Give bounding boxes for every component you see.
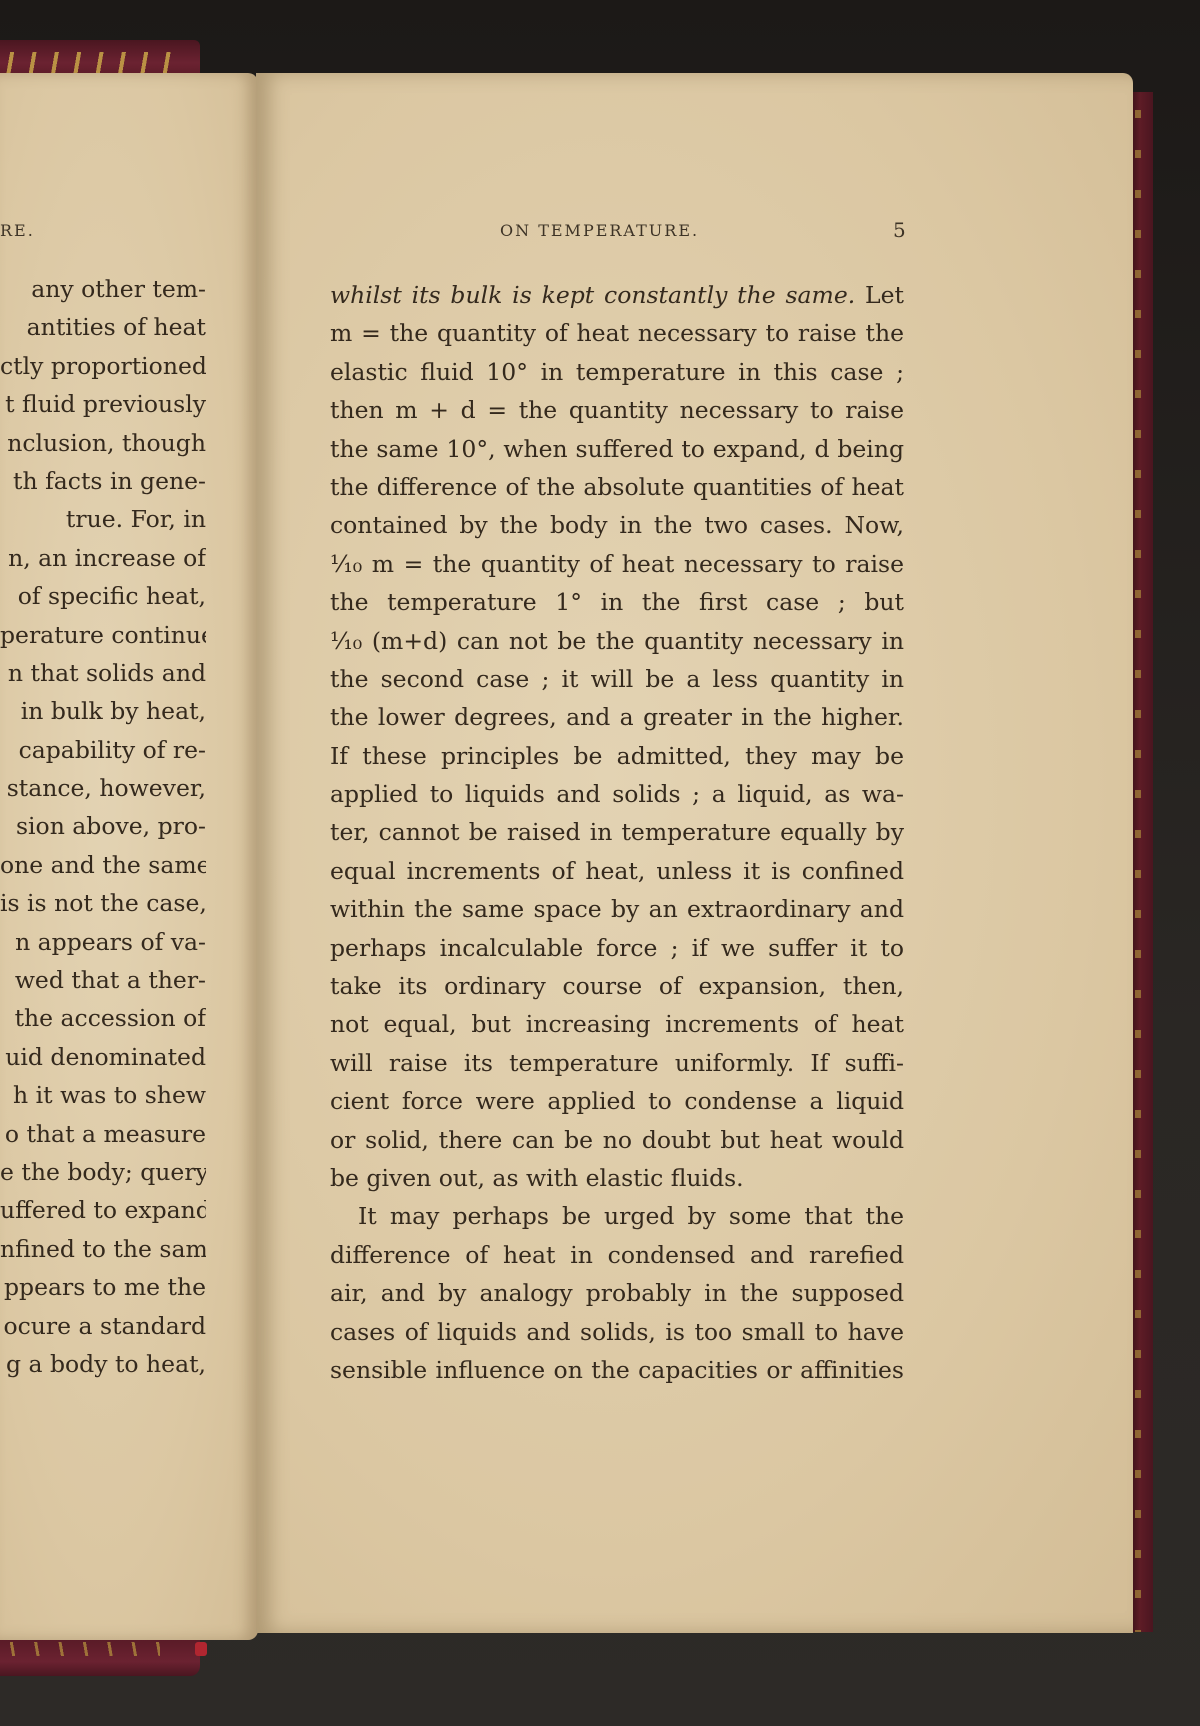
text-line: ppears to me the	[0, 1268, 206, 1306]
text-line: g a body to heat,	[0, 1345, 206, 1383]
text-line: ¹⁄₁₀ m = the quantity of heat necessary …	[330, 545, 904, 583]
text-line: ocure a standard	[0, 1307, 206, 1345]
text-line: applied to liquids and solids ; a liquid…	[330, 775, 904, 813]
text-line: sensible influence on the capacities or …	[330, 1351, 904, 1389]
text-line: n, an increase of	[0, 539, 206, 577]
text-line: uid denominated	[0, 1038, 206, 1076]
gilt-ornament-bottom-icon	[0, 1642, 160, 1656]
text-line: n appears of va-	[0, 923, 206, 961]
text-line: the temperature 1° in the first case ; b…	[330, 583, 904, 621]
text-line: elastic fluid 10° in temperature in this…	[330, 353, 904, 391]
text-line: cases of liquids and solids, is too smal…	[330, 1313, 904, 1351]
text-line: equal increments of heat, unless it is c…	[330, 852, 904, 890]
ribbon-marker	[195, 1642, 207, 1656]
text-line: sion above, pro-	[0, 807, 206, 845]
text-line: h it was to shew	[0, 1076, 206, 1114]
text-line: n that solids and	[0, 654, 206, 692]
text-line: wed that a ther-	[0, 961, 206, 999]
text-line: air, and by analogy probably in the supp…	[330, 1274, 904, 1312]
text-line: It may perhaps be urged by some that the	[330, 1197, 904, 1235]
text-line: t fluid previously	[0, 385, 206, 423]
text-line: be given out, as with elastic fluids.	[330, 1159, 904, 1197]
text-line: perhaps incalculable force ; if we suffe…	[330, 929, 904, 967]
text-line: then m + d = the quantity necessary to r…	[330, 391, 904, 429]
gilt-ornament-icon	[0, 52, 175, 74]
text-line: m = the quantity of heat necessary to ra…	[330, 314, 904, 352]
left-running-head: RE.	[0, 221, 35, 240]
text-line: o that a measure	[0, 1115, 206, 1153]
text-line: th facts in gene-	[0, 462, 206, 500]
text-line: ctly proportioned	[0, 347, 206, 385]
text-line: the accession of	[0, 999, 206, 1037]
text-line: capability of re-	[0, 731, 206, 769]
text-line: nclusion, though	[0, 424, 206, 462]
text-line: true. For, in	[0, 500, 206, 538]
left-page-text: any other tem- antities of heat ctly pro…	[0, 270, 206, 1383]
text-line: whilst its bulk is kept constantly the s…	[330, 276, 904, 314]
text-line: perature continue	[0, 616, 206, 654]
text-line: within the same space by an extraordinar…	[330, 890, 904, 928]
text-line: will raise its temperature uniformly. If…	[330, 1044, 904, 1082]
text-line: If these principles be admitted, they ma…	[330, 737, 904, 775]
text-line: the same 10°, when suffered to expand, d…	[330, 430, 904, 468]
text-line: ter, cannot be raised in temperature equ…	[330, 813, 904, 851]
text-line: in bulk by heat,	[0, 692, 206, 730]
text-line: one and the same	[0, 846, 206, 884]
running-head: ON TEMPERATURE.	[500, 221, 699, 240]
italic-phrase: whilst its bulk is kept constantly the s…	[330, 281, 855, 309]
text-line: stance, however,	[0, 769, 206, 807]
text-line: ¹⁄₁₀ (m+d) can not be the quantity neces…	[330, 622, 904, 660]
text-line: the second case ; it will be a less quan…	[330, 660, 904, 698]
text-line: nfined to the same	[0, 1230, 206, 1268]
text-line: uffered to expand	[0, 1191, 206, 1229]
text-line: take its ordinary course of expansion, t…	[330, 967, 904, 1005]
text-line: difference of heat in condensed and rare…	[330, 1236, 904, 1274]
text-line: of specific heat,	[0, 577, 206, 615]
text-line: e the body; query,	[0, 1153, 206, 1191]
text-line: contained by the body in the two cases. …	[330, 506, 904, 544]
text-line: not equal, but increasing increments of …	[330, 1005, 904, 1043]
text-line: or solid, there can be no doubt but heat…	[330, 1121, 904, 1159]
text-line: any other tem-	[0, 270, 206, 308]
text-line: antities of heat	[0, 308, 206, 346]
text-line: the difference of the absolute quantitie…	[330, 468, 904, 506]
page-number: 5	[893, 218, 906, 242]
text-line: cient force were applied to condense a l…	[330, 1082, 904, 1120]
leather-binding-right-edge	[1131, 92, 1153, 1632]
text-line: the lower degrees, and a greater in the …	[330, 698, 904, 736]
right-page-text: whilst its bulk is kept constantly the s…	[330, 276, 904, 1389]
text-line: is is not the case,	[0, 884, 206, 922]
